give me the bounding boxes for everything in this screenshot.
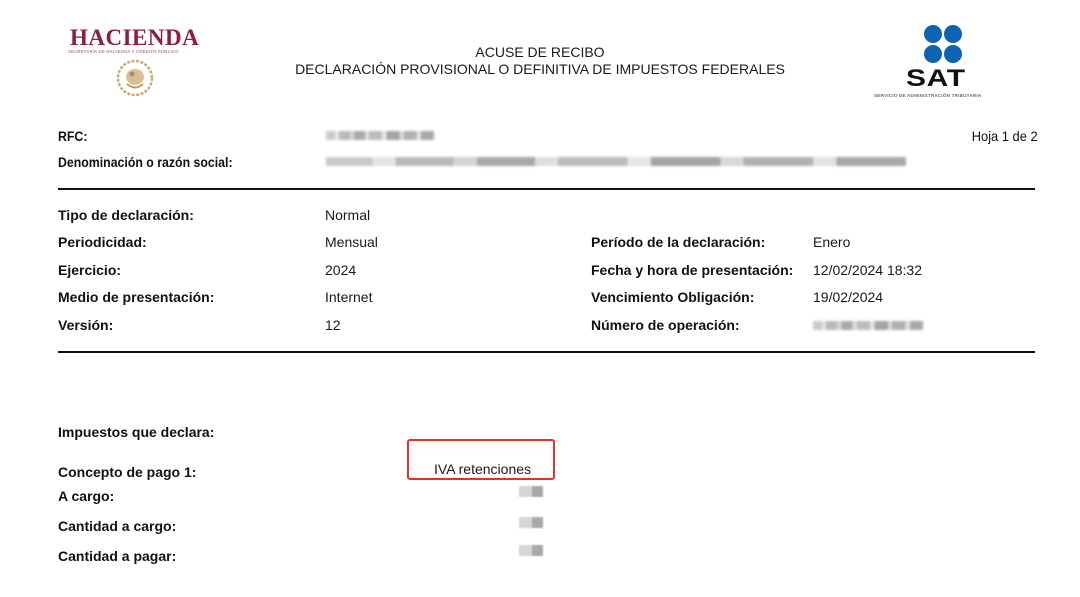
submission-medium-label: Medio de presentación:	[58, 289, 214, 305]
page-indicator: Hoja 1 de 2	[972, 128, 1038, 144]
amount-due-redacted	[519, 486, 543, 497]
document-title: ACUSE DE RECIBO	[270, 44, 810, 60]
amount-due-label: A cargo:	[58, 488, 114, 504]
fiscal-year-value: 2024	[325, 262, 356, 278]
operation-number-label: Número de operación:	[591, 317, 740, 333]
name-label: Denominación o razón social:	[58, 154, 233, 170]
sat-dot-icon	[944, 45, 962, 63]
periodicity-label: Periodicidad:	[58, 234, 147, 250]
hacienda-logo-text: HACIENDA	[70, 25, 199, 51]
declaration-type-value: Normal	[325, 207, 370, 223]
separator-top	[58, 188, 1035, 190]
quantity-to-pay-label: Cantidad a pagar:	[58, 548, 176, 564]
version-label: Versión:	[58, 317, 113, 333]
declaration-period-value: Enero	[813, 234, 850, 250]
version-value: 12	[325, 317, 341, 333]
declaration-period-label: Período de la declaración:	[591, 234, 765, 250]
operation-number-redacted	[813, 321, 923, 330]
quantity-due-redacted	[519, 517, 543, 528]
sat-logo: SAT SERVICIO DE ADMINISTRACIÓN TRIBUTARI…	[896, 25, 1016, 100]
hacienda-logo-subtitle: SECRETARÍA DE HACIENDA Y CRÉDITO PÚBLICO	[68, 49, 179, 54]
sat-dot-icon	[944, 25, 962, 43]
sat-logo-subtitle: SERVICIO DE ADMINISTRACIÓN TRIBUTARIA	[874, 93, 981, 98]
sat-logo-text: SAT	[906, 65, 966, 93]
quantity-to-pay-redacted	[519, 545, 543, 556]
submission-medium-value: Internet	[325, 289, 372, 305]
payment-concept-value: IVA retenciones	[434, 461, 531, 477]
sat-dot-icon	[924, 45, 942, 63]
name-value-redacted	[326, 157, 906, 166]
document-subtitle: DECLARACIÓN PROVISIONAL O DEFINITIVA DE …	[270, 61, 810, 77]
separator-bottom	[58, 351, 1035, 353]
quantity-due-label: Cantidad a cargo:	[58, 518, 176, 534]
rfc-value-redacted	[326, 131, 434, 140]
fiscal-year-label: Ejercicio:	[58, 262, 121, 278]
periodicity-value: Mensual	[325, 234, 378, 250]
taxes-heading: Impuestos que declara:	[58, 424, 214, 440]
declaration-type-label: Tipo de declaración:	[58, 207, 194, 223]
sat-dot-icon	[924, 25, 942, 43]
coat-of-arms-emblem-icon	[115, 58, 155, 98]
rfc-label: RFC:	[58, 128, 87, 144]
obligation-due-label: Vencimiento Obligación:	[591, 289, 754, 305]
submission-datetime-label: Fecha y hora de presentación:	[591, 262, 793, 278]
payment-concept-label: Concepto de pago 1:	[58, 464, 196, 480]
obligation-due-value: 19/02/2024	[813, 289, 883, 305]
submission-datetime-value: 12/02/2024 18:32	[813, 262, 922, 278]
